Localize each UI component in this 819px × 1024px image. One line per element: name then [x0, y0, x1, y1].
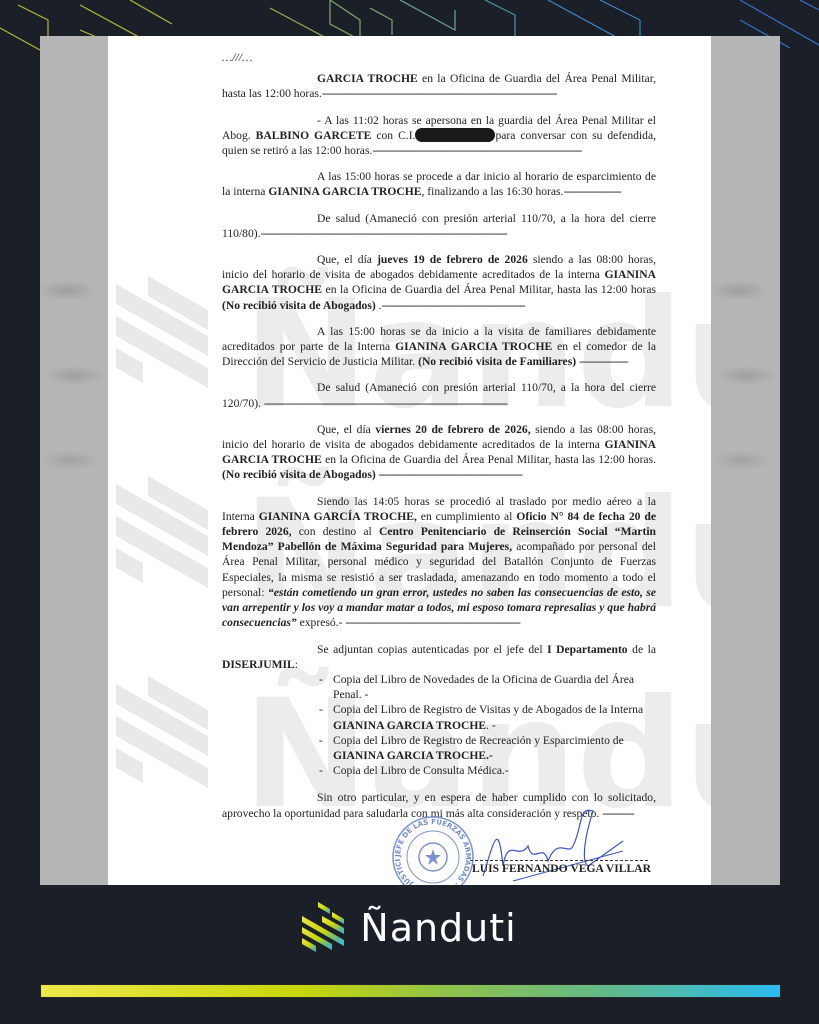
- dash-filler: ----------------------------------------…: [322, 87, 557, 100]
- text-run: Copia del Libro de Registro de Recreació…: [333, 734, 624, 747]
- bold-text: (No recibió visita de Familiares): [418, 355, 576, 368]
- progress-fill: [41, 985, 780, 997]
- paragraph-p9: Siendo las 14:05 horas se procedió al tr…: [222, 494, 656, 631]
- bold-text: (No recibió visita de Abogados): [222, 299, 376, 312]
- dash-filler: ----------------------------------------…: [382, 299, 525, 312]
- bold-text: GIANINA GARCIA TROCHE: [333, 719, 486, 732]
- brand-name: Ñanduti: [360, 906, 516, 950]
- dash-filler: ----------------------------------------…: [372, 144, 581, 157]
- document-text: …///… GARCIA TROCHE en la Oficina de Gua…: [222, 50, 656, 832]
- paragraph-p10: Se adjuntan copias autenticadas por el j…: [222, 642, 656, 672]
- paragraph-p6: A las 15:00 horas se da inicio a la visi…: [222, 324, 656, 370]
- attachments-list: Copia del Libro de Novedades de la Ofici…: [317, 672, 656, 778]
- blurred-background-right: [712, 36, 780, 885]
- text-run: . -: [486, 719, 496, 732]
- text-run: en la Oficina de Guardia del Área Penal …: [322, 283, 656, 296]
- dash-filler: -----------------: [579, 355, 628, 368]
- text-run: de la: [628, 643, 656, 656]
- svg-text:JEFE DE LAS FUERZAS ARMADAS ·: JEFE DE LAS FUERZAS ARMADAS · CORTE DE J…: [390, 814, 472, 885]
- paragraph-p2: - A las 11:02 horas se apersona en la gu…: [222, 113, 656, 159]
- text-run: :: [295, 658, 298, 671]
- bold-text: jueves 19 de febrero de 2026: [377, 253, 528, 266]
- dash-filler: ----------------------------------------…: [264, 397, 507, 410]
- text-run: , finalizando a las 16:30 horas.: [421, 185, 563, 198]
- paragraph-p8: Que, el día viernes 20 de febrero de 202…: [222, 422, 656, 483]
- text-run: en cumplimiento al: [417, 510, 516, 523]
- official-seal-icon: JEFE DE LAS FUERZAS ARMADAS · CORTE DE J…: [390, 814, 476, 885]
- text-run: Se adjuntan copias autenticadas por el j…: [317, 643, 547, 656]
- bold-text: GIANINA GARCIA TROCHE.-: [333, 749, 493, 762]
- dash-filler: --------------------: [563, 185, 620, 198]
- paragraph-p4: De salud (Amaneció con presión arterial …: [222, 211, 656, 241]
- text-run: en la Oficina de Guardia del Área Penal …: [322, 453, 656, 466]
- attachment-item: Copia del Libro de Consulta Médica.-: [317, 763, 656, 778]
- bold-text: viernes 20 de febrero de 2026,: [375, 423, 530, 436]
- text-run: con C.I.: [371, 129, 415, 142]
- attachment-item: Copia del Libro de Registro de Recreació…: [317, 733, 656, 763]
- text-run: con destino al: [292, 525, 379, 538]
- dash-filler: ----------------------------------------…: [261, 227, 507, 240]
- signer-name: LUIS FERNANDO VEGA VILLAR: [472, 862, 651, 875]
- redaction-mark: [415, 128, 495, 142]
- text-run: Copia del Libro de Novedades de la Ofici…: [333, 673, 634, 701]
- brand-footer: Ñanduti: [0, 885, 819, 970]
- attachment-item: Copia del Libro de Registro de Visitas y…: [317, 702, 656, 732]
- blurred-background-left: [40, 36, 108, 885]
- dash-filler: ----------------------------------------…: [379, 468, 522, 481]
- document-photo-frame: Ñanduti Ñanduti Ñanduti …///… GARCIA TRO…: [40, 36, 780, 885]
- paragraph-p3: A las 15:00 horas se procede a dar inici…: [222, 169, 656, 199]
- paragraph-p1: GARCIA TROCHE en la Oficina de Guardia d…: [222, 71, 656, 101]
- document-page: Ñanduti Ñanduti Ñanduti …///… GARCIA TRO…: [108, 36, 711, 885]
- text-run: Que, el día: [317, 423, 375, 436]
- bold-text: DISERJUMIL: [222, 658, 295, 671]
- brand-logo: Ñanduti: [302, 902, 516, 954]
- bold-text: I Departamento: [547, 643, 628, 656]
- signature-line: [470, 860, 648, 861]
- continuation-mark: …///…: [222, 50, 656, 65]
- text-run: expresó.-: [297, 616, 346, 629]
- bold-text: GARCIA TROCHE: [317, 72, 418, 85]
- bold-text: BALBINO GARCETE: [256, 129, 372, 142]
- text-run: Copia del Libro de Registro de Visitas y…: [333, 703, 643, 716]
- signature-block: JEFE DE LAS FUERZAS ARMADAS · CORTE DE J…: [378, 826, 708, 885]
- text-run: Que, el día: [317, 253, 377, 266]
- dash-filler: ----------------------------------------…: [345, 616, 520, 629]
- bold-text: (No recibió visita de Abogados): [222, 468, 376, 481]
- paragraph-p7: De salud (Amaneció con presión arterial …: [222, 380, 656, 410]
- nanduti-logo-icon: [302, 902, 346, 954]
- bold-text: GIANINA GARCÍA TROCHE,: [259, 510, 417, 523]
- bold-text: GIANINA GARCIA TROCHE: [395, 340, 552, 353]
- paragraph-p5: Que, el día jueves 19 de febrero de 2026…: [222, 252, 656, 313]
- bold-text: GIANINA GARCIA TROCHE: [268, 185, 421, 198]
- text-run: Copia del Libro de Consulta Médica.-: [333, 764, 509, 777]
- gradient-progress-bar: [40, 984, 781, 998]
- attachment-item: Copia del Libro de Novedades de la Ofici…: [317, 672, 656, 702]
